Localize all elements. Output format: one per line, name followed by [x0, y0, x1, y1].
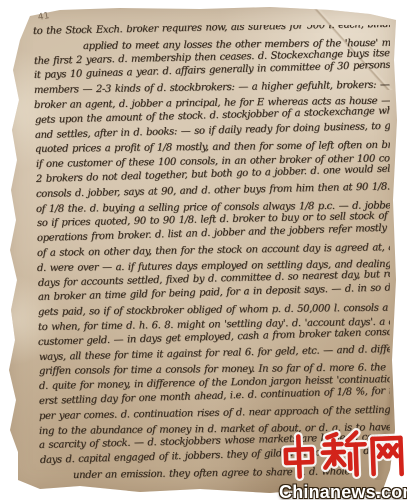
manuscript-photo: 41 to the Stock Exch. broker requires no… [0, 0, 407, 500]
chinanews-watermark: Chinanews.com [279, 428, 407, 500]
chinanews-logo-icon [278, 426, 407, 486]
page-number: 41 [37, 11, 50, 23]
handwriting-lines: to the Stock Exch. broker requires now, … [33, 25, 390, 487]
